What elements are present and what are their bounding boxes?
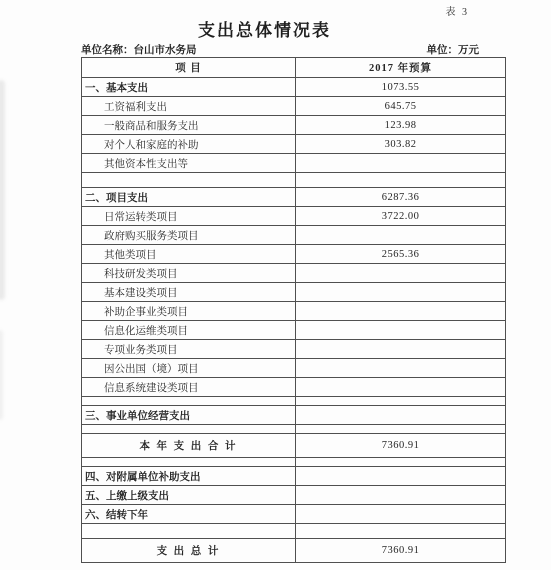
- row-value: 6287.36: [296, 188, 506, 207]
- row-value: [296, 302, 506, 321]
- row-value: 2565.36: [296, 245, 506, 264]
- table-row: 二、项目支出6287.36: [82, 188, 506, 207]
- row-value: [296, 524, 506, 539]
- table-row: 基本建设类项目: [82, 283, 506, 302]
- row-value: [296, 154, 506, 173]
- table-row: [82, 173, 506, 188]
- table-row: 支 出 总 计7360.91: [82, 539, 506, 563]
- currency-unit-label: 单位：万元: [427, 42, 480, 57]
- row-value: [296, 486, 506, 505]
- scan-smudge: [0, 80, 5, 300]
- row-label: 支 出 总 计: [82, 539, 296, 563]
- column-header-item: 项 目: [82, 58, 296, 78]
- table-row: 六、结转下年: [82, 505, 506, 524]
- table-row: 对个人和家庭的补助303.82: [82, 135, 506, 154]
- row-value: [296, 397, 506, 406]
- table-row: 信息系统建设类项目: [82, 378, 506, 397]
- row-value: 645.75: [296, 97, 506, 116]
- document-content: 单位名称：台山市水务局 单位：万元 项 目 2017 年预算 一、基本支出107…: [81, 43, 505, 563]
- table-row: 专项业务类项目: [82, 340, 506, 359]
- row-label: 因公出国（境）项目: [82, 359, 296, 378]
- table-row: 工资福利支出645.75: [82, 97, 506, 116]
- row-label: 本 年 支 出 合 计: [82, 434, 296, 458]
- row-value: [296, 340, 506, 359]
- row-label: 三、事业单位经营支出: [82, 406, 296, 425]
- row-label: 信息化运维类项目: [82, 321, 296, 340]
- row-value: [296, 458, 506, 467]
- row-value: 1073.55: [296, 78, 506, 97]
- table-row: 三、事业单位经营支出: [82, 406, 506, 425]
- row-label: [82, 524, 296, 539]
- row-value: [296, 359, 506, 378]
- row-label: 二、项目支出: [82, 188, 296, 207]
- expenditure-table: 项 目 2017 年预算 一、基本支出1073.55工资福利支出645.75一般…: [81, 57, 506, 563]
- table-row: 一般商品和服务支出123.98: [82, 116, 506, 135]
- table-row: 政府购买服务类项目: [82, 226, 506, 245]
- table-row: 科技研发类项目: [82, 264, 506, 283]
- row-label: 补助企事业类项目: [82, 302, 296, 321]
- table-row: [82, 425, 506, 434]
- row-label: 信息系统建设类项目: [82, 378, 296, 397]
- row-label: [82, 458, 296, 467]
- table-body: 一、基本支出1073.55工资福利支出645.75一般商品和服务支出123.98…: [82, 78, 506, 563]
- table-row: 信息化运维类项目: [82, 321, 506, 340]
- row-value: 303.82: [296, 135, 506, 154]
- scan-smudge: [0, 330, 3, 420]
- document-page: 表 3 支出总体情况表 单位名称：台山市水务局 单位：万元 项 目 2017 年…: [0, 0, 551, 570]
- row-value: [296, 406, 506, 425]
- table-header-row: 项 目 2017 年预算: [82, 58, 506, 78]
- page-title: 支出总体情况表: [0, 16, 540, 41]
- table-row: [82, 524, 506, 539]
- table-row: 本 年 支 出 合 计7360.91: [82, 434, 506, 458]
- table-row: 四、对附属单位补助支出: [82, 467, 506, 486]
- unit-name-label: 单位名称：台山市水务局: [81, 42, 197, 57]
- row-label: [82, 173, 296, 188]
- row-label: 科技研发类项目: [82, 264, 296, 283]
- table-row: 因公出国（境）项目: [82, 359, 506, 378]
- row-label: 工资福利支出: [82, 97, 296, 116]
- row-value: [296, 425, 506, 434]
- table-row: 一、基本支出1073.55: [82, 78, 506, 97]
- table-row: 五、上缴上级支出: [82, 486, 506, 505]
- row-label: 政府购买服务类项目: [82, 226, 296, 245]
- row-value: 3722.00: [296, 207, 506, 226]
- row-label: 五、上缴上级支出: [82, 486, 296, 505]
- row-label: 一般商品和服务支出: [82, 116, 296, 135]
- row-label: [82, 425, 296, 434]
- table-row: 其他类项目2565.36: [82, 245, 506, 264]
- row-value: 7360.91: [296, 539, 506, 563]
- row-value: [296, 505, 506, 524]
- meta-row: 单位名称：台山市水务局 单位：万元: [81, 43, 505, 57]
- row-label: 其他类项目: [82, 245, 296, 264]
- row-value: [296, 173, 506, 188]
- row-label: 其他资本性支出等: [82, 154, 296, 173]
- table-row: 其他资本性支出等: [82, 154, 506, 173]
- table-row: 日常运转类项目3722.00: [82, 207, 506, 226]
- table-row: [82, 397, 506, 406]
- row-value: [296, 226, 506, 245]
- row-label: 日常运转类项目: [82, 207, 296, 226]
- row-label: 基本建设类项目: [82, 283, 296, 302]
- row-value: [296, 378, 506, 397]
- row-value: 7360.91: [296, 434, 506, 458]
- row-label: 专项业务类项目: [82, 340, 296, 359]
- row-value: [296, 467, 506, 486]
- row-value: [296, 283, 506, 302]
- row-value: [296, 321, 506, 340]
- row-value: [296, 264, 506, 283]
- row-label: 四、对附属单位补助支出: [82, 467, 296, 486]
- row-label: 一、基本支出: [82, 78, 296, 97]
- row-label: 六、结转下年: [82, 505, 296, 524]
- table-row: 补助企事业类项目: [82, 302, 506, 321]
- row-label: [82, 397, 296, 406]
- row-label: 对个人和家庭的补助: [82, 135, 296, 154]
- column-header-budget-2017: 2017 年预算: [296, 58, 506, 78]
- row-value: 123.98: [296, 116, 506, 135]
- table-row: [82, 458, 506, 467]
